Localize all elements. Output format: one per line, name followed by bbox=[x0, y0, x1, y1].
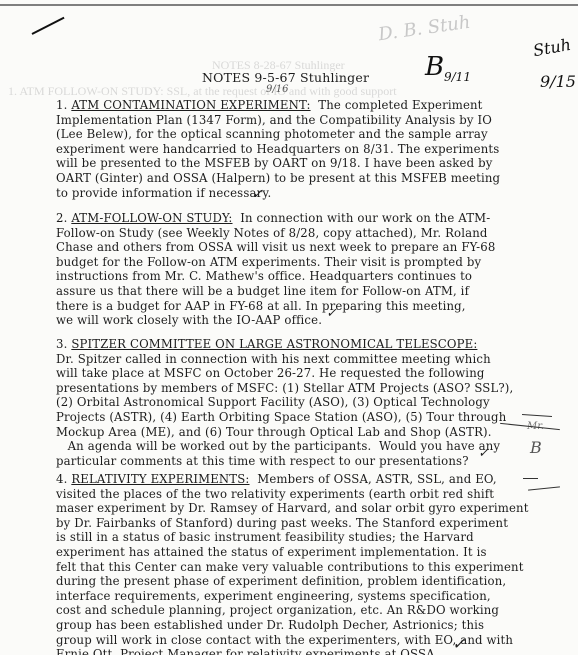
section-number: 2. bbox=[56, 211, 67, 225]
bleed-through-line: 1. ATM FOLLOW-ON STUDY: SSL, at the requ… bbox=[8, 84, 397, 99]
text-line: budget for the Follow-on ATM experiments… bbox=[56, 255, 526, 270]
text-line: cost and schedule planning, project orga… bbox=[56, 603, 526, 618]
text-line: there is a budget for AAP in FY-68 at al… bbox=[56, 299, 526, 314]
text-line: The completed Experiment bbox=[318, 98, 482, 112]
page-title: NOTES 9-5-67 Stuhlinger bbox=[202, 70, 369, 85]
section-number: 4. bbox=[56, 472, 67, 486]
text-line: by Dr. Fairbanks of Stanford) during pas… bbox=[56, 516, 526, 531]
text-line: particular comments at this time with re… bbox=[56, 454, 526, 469]
handwritten-initial-b: B bbox=[425, 52, 444, 82]
text-line: felt that this Center can make very valu… bbox=[56, 560, 526, 575]
text-line: to provide information if necessary. bbox=[56, 186, 526, 201]
text-line: maser experiment by Dr. Ramsey of Harvar… bbox=[56, 501, 526, 516]
section-number: 1. bbox=[56, 98, 67, 112]
section-heading: RELATIVITY EXPERIMENTS: bbox=[71, 472, 249, 486]
text-line: presentations by members of MSFC: (1) St… bbox=[56, 381, 526, 396]
pen-stroke-mark bbox=[32, 17, 65, 35]
text-line: Implementation Plan (1347 Form), and the… bbox=[56, 113, 526, 128]
text-line: instructions from Mr. C. Mathew's office… bbox=[56, 269, 526, 284]
section-1: 1. ATM CONTAMINATION EXPERIMENT: The com… bbox=[56, 98, 526, 200]
text-line: Mockup Area (ME), and (6) Tour through O… bbox=[56, 425, 526, 440]
text-line: is still in a status of basic instrument… bbox=[56, 530, 526, 545]
text-line: experiment has attained the status of ex… bbox=[56, 545, 526, 560]
text-line: will be presented to the MSFEB by OART o… bbox=[56, 156, 526, 171]
text-line: we will work closely with the IO-AAP off… bbox=[56, 313, 526, 328]
section-heading: ATM-FOLLOW-ON STUDY: bbox=[71, 211, 232, 225]
text-line: during the present phase of experiment d… bbox=[56, 574, 526, 589]
checkmark-icon: ✓ bbox=[252, 187, 263, 202]
handwritten-title-date: 9/16 bbox=[266, 84, 288, 95]
text-line: Dr. Spitzer called in connection with hi… bbox=[56, 352, 526, 367]
text-line: assure us that there will be a budget li… bbox=[56, 284, 526, 299]
checkmark-icon: ✓ bbox=[478, 446, 489, 461]
page-top-edge bbox=[0, 4, 578, 6]
text-line: (Lee Belew), for the optical scanning ph… bbox=[56, 127, 526, 142]
text-line: will take place at MSFC on October 26-27… bbox=[56, 366, 526, 381]
text-line: Projects (ASTR), (4) Earth Orbiting Spac… bbox=[56, 410, 526, 425]
section-heading: ATM CONTAMINATION EXPERIMENT: bbox=[71, 98, 310, 112]
margin-initial-b: B bbox=[530, 438, 542, 457]
text-line: group has been established under Dr. Rud… bbox=[56, 618, 526, 633]
checkmark-icon: ✓ bbox=[326, 306, 337, 321]
text-line: Chase and others from OSSA will visit us… bbox=[56, 240, 526, 255]
section-4: 4. RELATIVITY EXPERIMENTS: Members of OS… bbox=[56, 472, 526, 655]
faint-signature: D. B. Stuh bbox=[377, 12, 472, 46]
text-line: experiment were handcarried to Headquart… bbox=[56, 142, 526, 157]
margin-dash bbox=[522, 414, 552, 417]
handwritten-date: 9/11 bbox=[444, 70, 471, 84]
section-number: 3. bbox=[56, 337, 67, 351]
handwritten-signature-date: 9/15 bbox=[540, 72, 576, 91]
text-line: Members of OSSA, ASTR, SSL, and EO, bbox=[257, 472, 497, 486]
section-3: 3. SPITZER COMMITTEE ON LARGE ASTRONOMIC… bbox=[56, 337, 526, 468]
section-heading: SPITZER COMMITTEE ON LARGE ASTRONOMICAL … bbox=[71, 337, 477, 351]
text-line: visited the places of the two relativity… bbox=[56, 487, 526, 502]
checkmark-icon: ✓ bbox=[452, 634, 465, 653]
margin-dash bbox=[528, 486, 560, 490]
text-line: Follow-on Study (see Weekly Notes of 8/2… bbox=[56, 226, 526, 241]
text-line: OART (Ginter) and OSSA (Halpern) to be p… bbox=[56, 171, 526, 186]
text-line: (2) Orbital Astronomical Support Facilit… bbox=[56, 395, 526, 410]
handwritten-signature: Stuh bbox=[532, 35, 573, 60]
text-line: interface requirements, experiment engin… bbox=[56, 589, 526, 604]
text-line: An agenda will be worked out by the part… bbox=[56, 439, 526, 454]
text-line: In connection with our work on the ATM- bbox=[240, 211, 490, 225]
section-2: 2. ATM-FOLLOW-ON STUDY: In connection wi… bbox=[56, 211, 526, 328]
